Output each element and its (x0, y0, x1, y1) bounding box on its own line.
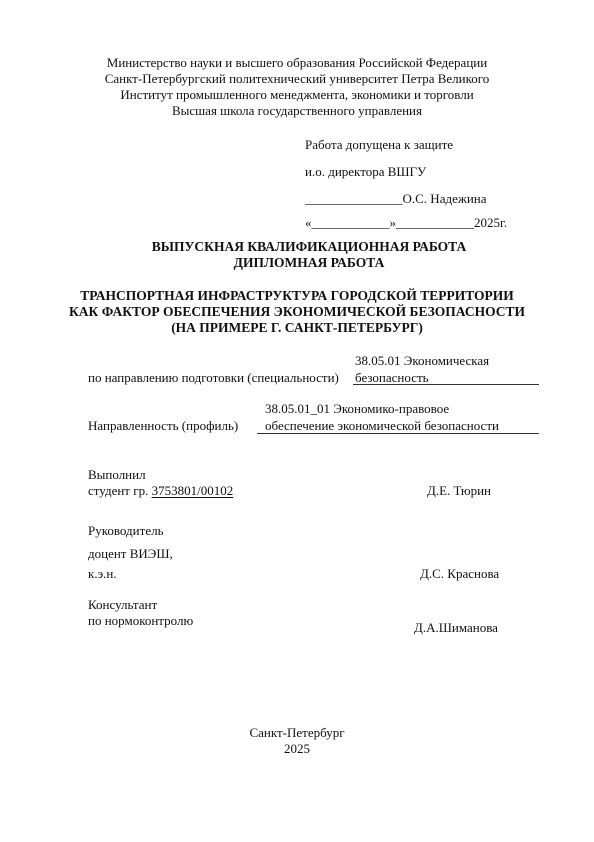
specialty-value-line1: 38.05.01 Экономическая (355, 353, 489, 369)
footer-year: 2025 (0, 741, 594, 757)
signature-blank: _______________ (305, 191, 403, 206)
thesis-title-line2: КАК ФАКТОР ОБЕСПЕЧЕНИЯ ЭКОНОМИЧЕСКОЙ БЕЗ… (0, 304, 594, 320)
work-type-line2: ДИПЛОМНАЯ РАБОТА (0, 255, 594, 271)
director-name: О.С. Надежина (403, 191, 487, 206)
director-position: и.о. директора ВШГУ (305, 164, 426, 180)
consultant-name: Д.А.Шиманова (414, 620, 498, 636)
ministry-header: Министерство науки и высшего образования… (0, 55, 594, 119)
supervisor-name: Д.С. Краснова (420, 566, 499, 582)
consultant-role: по нормоконтролю (88, 613, 193, 629)
thesis-title-line1: ТРАНСПОРТНАЯ ИНФРАСТРУКТУРА ГОРОДСКОЙ ТЕ… (0, 288, 594, 304)
profile-value-line2: обеспечение экономической безопасности (265, 418, 499, 434)
admitted-label: Работа допущена к защите (305, 137, 453, 153)
approval-date-line: «____________»____________2025г. (305, 215, 507, 231)
supervisor-label: Руководитель (88, 523, 164, 539)
specialty-underline (353, 384, 539, 385)
supervisor-title: доцент ВИЭШ, (88, 546, 173, 562)
consultant-label: Консультант (88, 597, 157, 613)
author-group-line: студент гр. 3753801/00102 (88, 483, 233, 499)
work-type-heading: ВЫПУСКНАЯ КВАЛИФИКАЦИОННАЯ РАБОТА ДИПЛОМ… (0, 239, 594, 271)
profile-label: Направленность (профиль) (88, 418, 238, 434)
director-signature-line: _______________О.С. Надежина (305, 191, 487, 207)
ministry-line: Министерство науки и высшего образования… (0, 55, 594, 71)
thesis-title-line3: (НА ПРИМЕРЕ Г. САНКТ-ПЕТЕРБУРГ) (0, 320, 594, 336)
thesis-title: ТРАНСПОРТНАЯ ИНФРАСТРУКТУРА ГОРОДСКОЙ ТЕ… (0, 288, 594, 336)
school-line: Высшая школа государственного управления (0, 103, 594, 119)
supervisor-degree: к.э.н. (88, 566, 117, 582)
author-name: Д.Е. Тюрин (427, 483, 491, 499)
student-group-number: 3753801/00102 (152, 483, 234, 498)
date-day-blank: ____________ (312, 215, 390, 230)
profile-underline (257, 433, 539, 434)
university-line: Санкт-Петербургский политехнический унив… (0, 71, 594, 87)
date-month-blank: ____________ (396, 215, 474, 230)
author-label: Выполнил (88, 467, 146, 483)
student-group-prefix: студент гр. (88, 483, 152, 498)
specialty-label: по направлению подготовки (специальности… (88, 370, 339, 386)
institute-line: Институт промышленного менеджмента, экон… (0, 87, 594, 103)
profile-value-line1: 38.05.01_01 Экономико-правовое (265, 401, 449, 417)
work-type-line1: ВЫПУСКНАЯ КВАЛИФИКАЦИОННАЯ РАБОТА (0, 239, 594, 255)
footer-city: Санкт-Петербург (0, 725, 594, 741)
date-year: 2025г. (474, 215, 507, 230)
